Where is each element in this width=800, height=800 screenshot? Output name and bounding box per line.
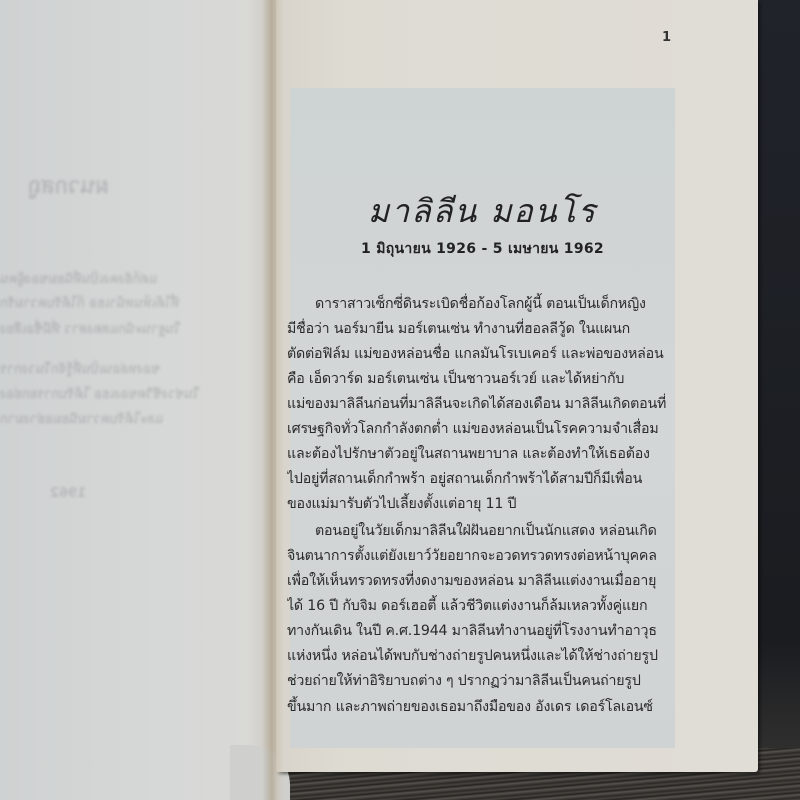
left-page-bleedthrough-line: ในช่วงชีวิตของเธอ ได้รับการยกย่อง (0, 383, 200, 404)
chapter-title: มาลิลีน มอนโร (290, 186, 675, 237)
paragraph-line: ขึ้นมาก และภาพถ่ายของเธอมาถึงมือของ อังเ… (287, 696, 679, 718)
paragraph-line: จินตนาการตั้งแต่ยังเยาว์วัยอยากจะอวดทรวด… (287, 545, 679, 567)
book-spine (262, 0, 284, 800)
paragraph-line: ได้ 16 ปี กับจิม ดอร์เฮอตี้ แล้วชีวิตแต่… (287, 595, 679, 617)
paragraph-line: ดาราสาวเซ็กซี่ดินระเบิดชื่อก้องโลกผู้นี้… (287, 293, 679, 315)
paragraph-line: และต้องไปรักษาตัวอยู่ในสถานพยาบาล และต้อ… (287, 443, 679, 465)
paragraph-line: ของแม่มารับตัวไปเลี้ยงตั้งแต่อายุ 11 ปี (287, 493, 679, 515)
paragraph-line: ตัดต่อฟิล์ม แม่ของหล่อนชื่อ แกลมันโรเบเค… (287, 343, 679, 365)
paragraph-line: คือ เอ็ดวาร์ด มอร์เตนเซ่น เป็นชาวนอร์เวย… (287, 368, 679, 390)
paragraph-line: แม่ของมาลิลีนก่อนที่มาลิลีนจะเกิดได้สองเ… (287, 393, 679, 415)
left-page: ผนวกสถู แต่ก็ยังคงเป็นที่นิยมของผู้คน ที… (0, 0, 276, 800)
left-page-bleedthrough-line: และได้รับความนิยมอย่างมาก (0, 408, 163, 429)
left-page-bleedthrough-line: ที่ได้เห็นหน้าเธอ ก็ได้รับความรัก (0, 292, 180, 313)
paragraph-line: ช่วยถ่ายให้ท่าอิริยาบถต่าง ๆ ปรากฏว่ามาล… (287, 670, 679, 692)
left-page-bleedthrough-line: แต่ก็ยังคงเป็นที่นิยมของผู้คน (0, 268, 157, 289)
paragraph-line: มีชื่อว่า นอร์มายีน มอร์เตนเซ่น ทำงานที่… (287, 318, 679, 340)
paragraph-line: แห่งหนึ่ง หล่อนได้พบกับช่างถ่ายรูปคนหนึ่… (287, 645, 679, 667)
paragraph-line: ไปอยู่ที่สถานเด็กกำพร้า อยู่สถานเด็กกำพร… (287, 468, 679, 490)
left-page-bleedthrough-line: 1962 (50, 486, 86, 501)
left-page-bleedthrough-line: ของหล่อนเป็นที่รู้จักในวงการ (0, 358, 160, 379)
paragraph-line: ตอนอยู่ในวัยเด็กมาลิลีนใฝ่ฝันอยากเป็นนัก… (287, 520, 679, 542)
page-number: 1 (662, 30, 671, 45)
paragraph-line: ทางกันเดิน ในปี ค.ศ.1944 มาลิลีนทำงานอยู… (287, 620, 679, 642)
paragraph-line: เพื่อให้เห็นทรวดทรงที่งดงามของหล่อน มาลิ… (287, 570, 679, 592)
chapter-dates: 1 มิถุนายน 1926 - 5 เมษายน 1962 (290, 238, 675, 260)
left-page-bleedthrough-title: ผนวกสถู (28, 168, 108, 203)
left-page-bleedthrough-line: ในฐานะนักแสดงสาว ที่มีชื่อเสียง (0, 318, 181, 339)
paragraph-line: เศรษฐกิจทั่วโลกกำลังตกต่ำ แม่ของหล่อนเป็… (287, 418, 679, 440)
